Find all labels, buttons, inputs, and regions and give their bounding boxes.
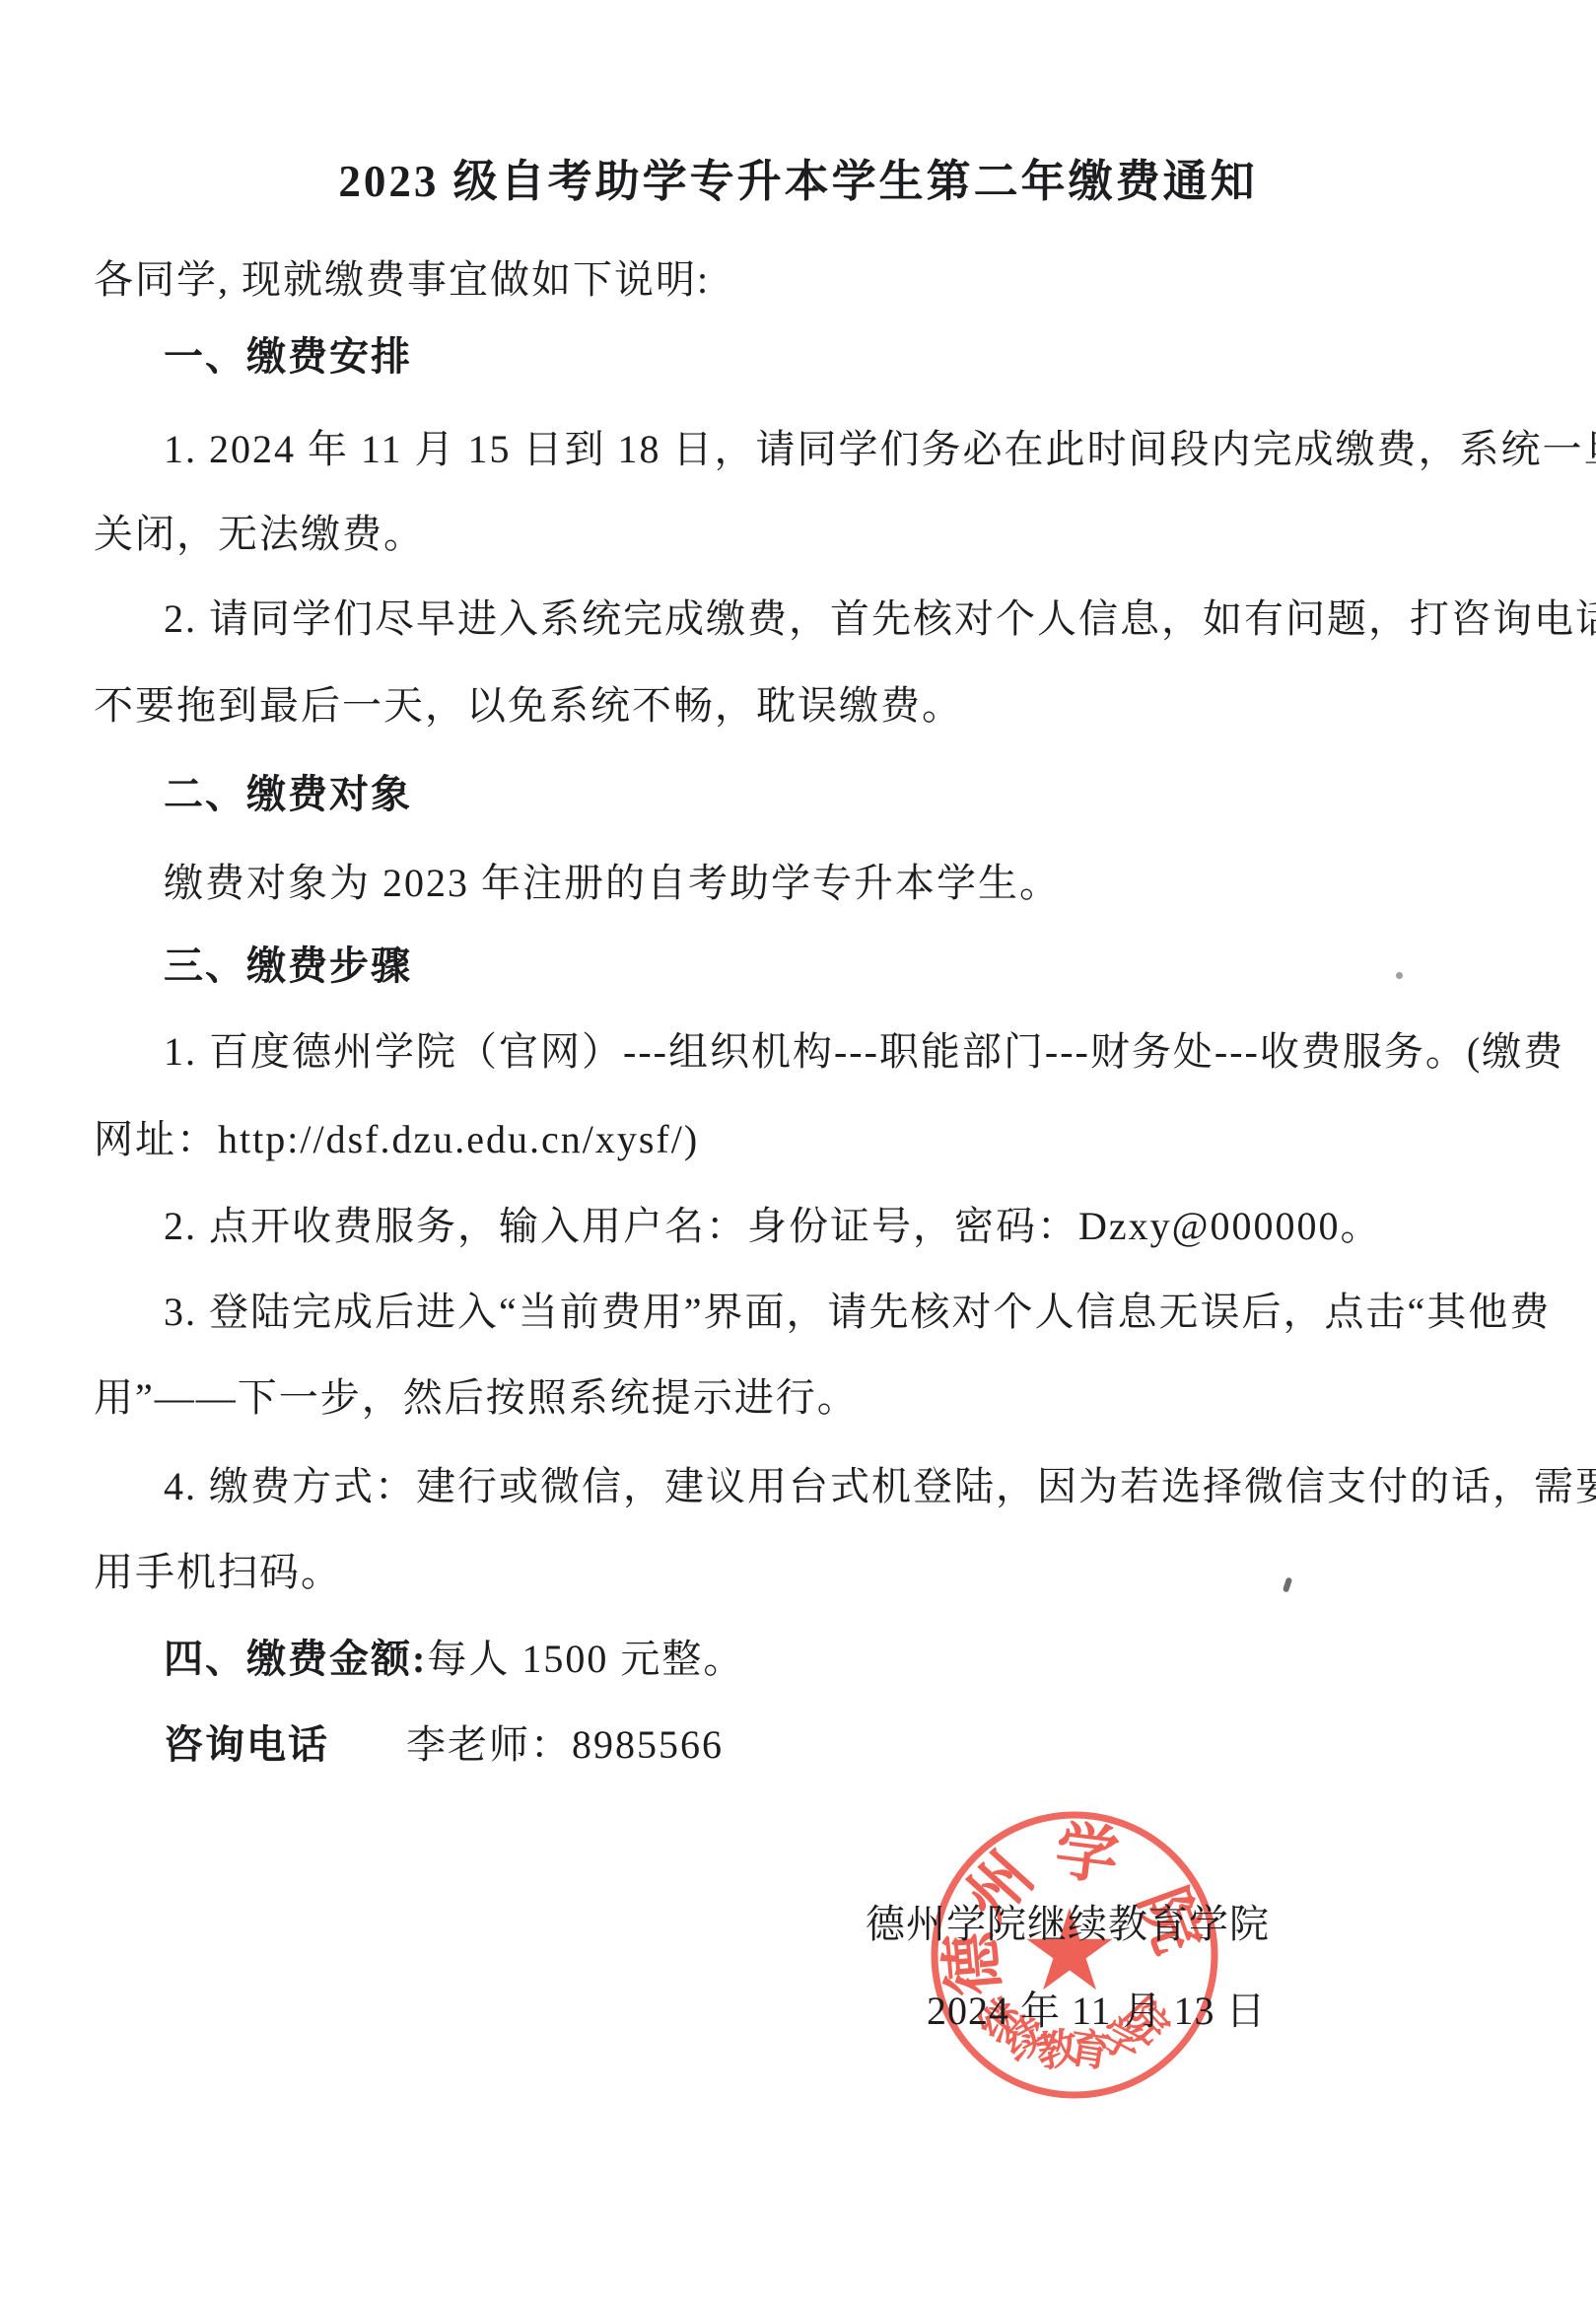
official-seal-stamp: 德 州 学 院 继 续 教 育 学 院	[892, 1773, 1257, 2137]
section2-paragraph1: 缴费对象为 2023 年注册的自考助学专升本学生。	[164, 862, 1061, 905]
document-page: 德 州 学 院 继 续 教 育 学 院 2023 级自考助学专升本学生第二年缴费…	[0, 0, 1596, 2306]
scan-speck-tick	[1283, 1576, 1292, 1592]
section1-heading: 一、缴费安排	[164, 335, 412, 379]
section1-paragraph1-line2: 关闭，无法缴费。	[94, 513, 425, 556]
section2-heading: 二、缴费对象	[164, 773, 412, 816]
section3-step4-line1: 4. 缴费方式：建行或微信，建议用台式机登陆，因为若选择微信支付的话，需要	[164, 1465, 1596, 1508]
section3-heading: 三、缴费步骤	[164, 944, 412, 988]
section3-step2: 2. 点开收费服务，输入用户名：身份证号，密码：Dzxy@000000。	[164, 1205, 1381, 1248]
intro-line: 各同学, 现就缴费事宜做如下说明:	[94, 258, 710, 302]
section4-heading: 四、缴费金额:	[164, 1637, 427, 1681]
signature-organization: 德州学院继续教育学院	[866, 1903, 1270, 1946]
section3-step3-line1: 3. 登陆完成后进入“当前费用”界面，请先核对个人信息无误后，点击“其他费	[164, 1291, 1551, 1334]
section1-paragraph2-line2: 不要拖到最后一天，以免系统不畅，耽误缴费。	[94, 684, 963, 728]
document-title: 2023 级自考助学专升本学生第二年缴费通知	[0, 158, 1596, 207]
section4-amount-text: 每人 1500 元整。	[427, 1637, 744, 1681]
contact-phone-value: 李老师：8985566	[406, 1723, 724, 1767]
section4-line: 四、缴费金额:每人 1500 元整。	[164, 1638, 744, 1681]
section3-step1-line2-payment-url: 网址：http://dsf.dzu.edu.cn/xysf/)	[94, 1118, 699, 1161]
section1-paragraph1-line1: 1. 2024 年 11 月 15 日到 18 日，请同学们务必在此时间段内完成…	[164, 428, 1596, 471]
seal-ring-char: 学	[1052, 1816, 1123, 1893]
section3-step1-line1: 1. 百度德州学院（官网）---组织机构---职能部门---财务处---收费服务…	[164, 1030, 1564, 1074]
signature-date: 2024 年 11 月 13 日	[927, 1990, 1267, 2033]
contact-line: 咨询电话李老师：8985566	[164, 1723, 724, 1767]
section1-paragraph2-line1: 2. 请同学们尽早进入系统完成缴费，首先核对个人信息，如有问题，打咨询电话。	[164, 597, 1596, 641]
section3-step4-line2: 用手机扫码。	[94, 1551, 342, 1594]
section3-step3-line2: 用”——下一步，然后按照系统提示进行。	[94, 1376, 859, 1420]
contact-label: 咨询电话	[164, 1722, 329, 1767]
scan-speck-dot	[1396, 972, 1403, 979]
